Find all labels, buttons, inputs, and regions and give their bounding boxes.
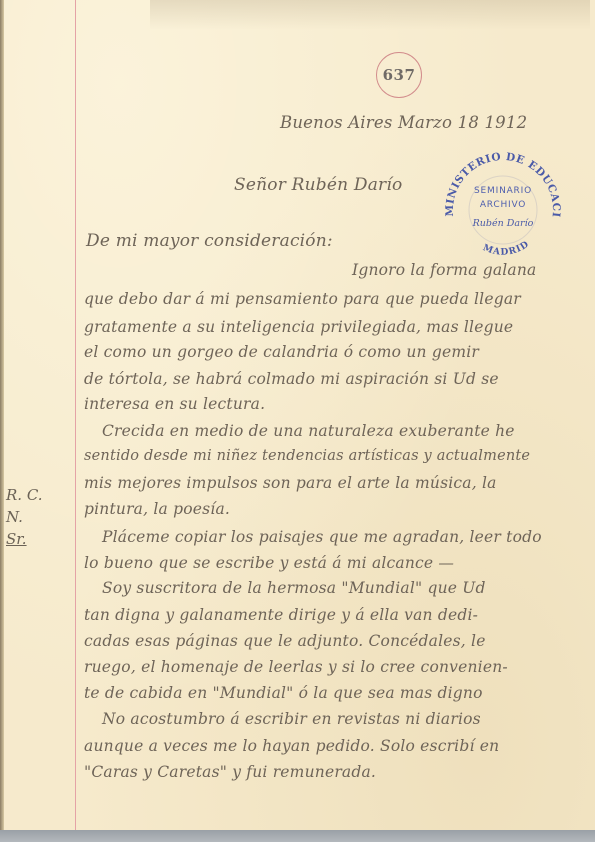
body-line: ruego, el homenaje de leerlas y si lo cr… (84, 658, 508, 676)
body-line: pintura, la poesía. (84, 500, 230, 518)
scan-background-strip (0, 830, 595, 842)
stamp-seal-icon: MINISTERIO DE EDUCACION NACIONAL MADRID … (438, 150, 568, 260)
body-line: cadas esas páginas que le adjunto. Concé… (84, 632, 486, 650)
body-line: Soy suscritora de la hermosa "Mundial" q… (102, 579, 486, 597)
body-line: sentido desde mi niñez tendencias artíst… (84, 448, 530, 464)
body-line: de tórtola, se habrá colmado mi aspiraci… (84, 370, 499, 388)
stamp-signature: Rubén Darío (472, 218, 534, 229)
margin-note: N. (6, 506, 43, 528)
svg-text:MADRID: MADRID (481, 239, 531, 257)
body-line: te de cabida en "Mundial" ó la que sea m… (84, 684, 483, 702)
folio-number-text: 637 (383, 66, 416, 84)
red-margin-line (75, 0, 76, 830)
body-line: gratamente a su inteligencia privilegiad… (84, 318, 513, 336)
folio-number: 637 (376, 52, 422, 98)
body-line: Crecida en medio de una naturaleza exube… (102, 422, 515, 440)
body-line: que debo dar á mi pensamiento para que p… (84, 290, 521, 308)
paper-stain (150, 0, 590, 30)
margin-note: R. C. (6, 484, 43, 506)
place-date: Buenos Aires Marzo 18 1912 (280, 113, 527, 132)
page-left-edge (0, 0, 4, 830)
margin-notes: R. C. N. Sr. (6, 484, 43, 550)
body-line: Ignoro la forma galana (352, 261, 536, 279)
body-line: lo bueno que se escribe y está á mi alca… (84, 554, 454, 572)
body-line: No acostumbro á escribir en revistas ni … (102, 710, 481, 728)
archive-stamp: MINISTERIO DE EDUCACION NACIONAL MADRID … (438, 150, 568, 260)
salutation: Señor Rubén Darío (234, 175, 402, 195)
body-line: tan digna y galanamente dirige y á ella … (84, 606, 478, 624)
stamp-bottom-text: MADRID (481, 239, 531, 257)
body-line: Pláceme copiar los paisajes que me agrad… (102, 528, 542, 546)
stamp-line2: ARCHIVO (480, 200, 526, 210)
greeting: De mi mayor consideración: (86, 231, 333, 251)
body-line: aunque a veces me lo hayan pedido. Solo … (84, 737, 499, 755)
body-line: interesa en su lectura. (84, 395, 265, 413)
body-line: "Caras y Caretas" y fui remunerada. (84, 763, 376, 781)
stamp-line1: SEMINARIO (474, 186, 532, 196)
letter-page: 637 Buenos Aires Marzo 18 1912 Señor Rub… (0, 0, 595, 830)
margin-note: Sr. (6, 528, 43, 550)
body-line: el como un gorgeo de calandria ó como un… (84, 343, 479, 361)
body-line: mis mejores impulsos son para el arte la… (84, 474, 497, 492)
